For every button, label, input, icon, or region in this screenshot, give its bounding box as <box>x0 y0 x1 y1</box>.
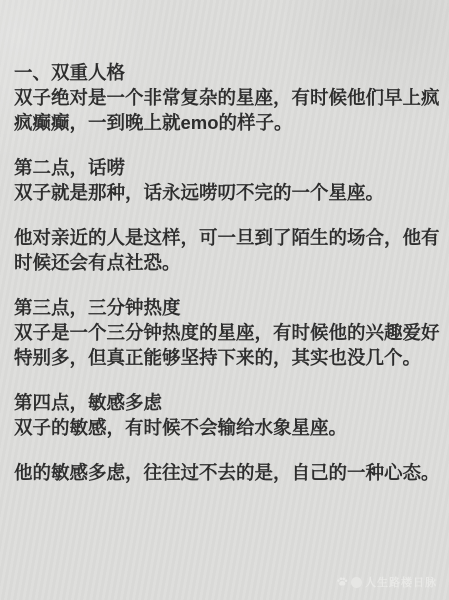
article: 一、双重人格 双子绝对是一个非常复杂的星座，有时候他们早上疯疯癫癫，一到晚上就e… <box>0 0 449 485</box>
section-body: 他对亲近的人是这样，可一旦到了陌生的场合，他有时候还会有点社恐。 <box>14 225 441 275</box>
section-chatterbox: 第二点，话唠 双子就是那种，话永远唠叨不完的一个星座。 <box>14 155 441 205</box>
paw-icon <box>336 576 348 588</box>
section-body: 双子是一个三分钟热度的星座，有时候他的兴趣爱好特别多，但真正能够坚持下来的，其实… <box>14 320 441 370</box>
section-body: 双子绝对是一个非常复杂的星座，有时候他们早上疯疯癫癫，一到晚上就emo的样子。 <box>14 85 441 135</box>
watermark: 人生路楼日脉 <box>336 574 437 590</box>
section-heading: 第三点，三分钟热度 <box>14 295 441 320</box>
text-card-page: 一、双重人格 双子绝对是一个非常复杂的星座，有时候他们早上疯疯癫癫，一到晚上就e… <box>0 0 449 600</box>
section-chatterbox-note: 他对亲近的人是这样，可一旦到了陌生的场合，他有时候还会有点社恐。 <box>14 225 441 275</box>
section-double-personality: 一、双重人格 双子绝对是一个非常复杂的星座，有时候他们早上疯疯癫癫，一到晚上就e… <box>14 60 441 135</box>
section-heading: 第二点，话唠 <box>14 155 441 180</box>
watermark-text: 人生路楼日脉 <box>365 574 437 590</box>
section-body: 双子的敏感，有时候不会输给水象星座。 <box>14 415 441 440</box>
section-body: 双子就是那种，话永远唠叨不完的一个星座。 <box>14 180 441 205</box>
section-sensitive-note: 他的敏感多虑，往往过不去的是，自己的一种心态。 <box>14 460 441 485</box>
section-heading: 第四点，敏感多虑 <box>14 390 441 415</box>
section-heading: 一、双重人格 <box>14 60 441 85</box>
section-sensitive: 第四点，敏感多虑 双子的敏感，有时候不会输给水象星座。 <box>14 390 441 440</box>
watermark-avatar <box>351 577 362 588</box>
section-body: 他的敏感多虑，往往过不去的是，自己的一种心态。 <box>14 460 441 485</box>
section-three-minute-passion: 第三点，三分钟热度 双子是一个三分钟热度的星座，有时候他的兴趣爱好特别多，但真正… <box>14 295 441 370</box>
